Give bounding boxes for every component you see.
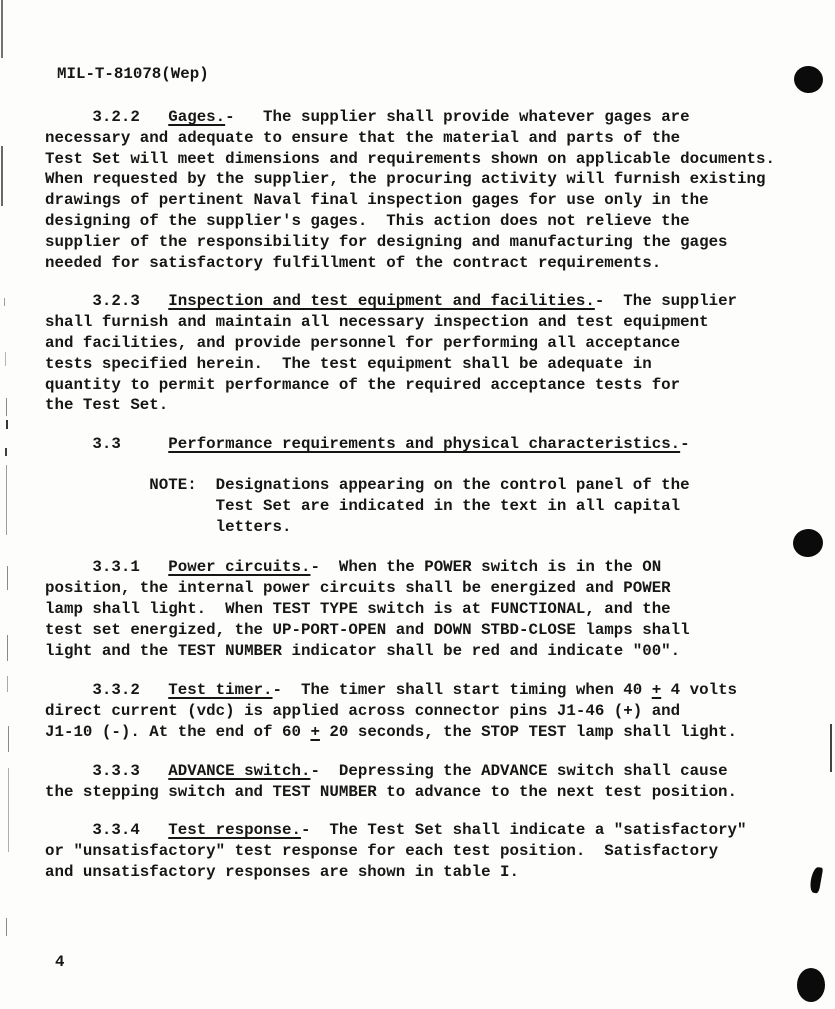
para-3-2-2: 3.2.2 Gages.- The supplier shall provide… xyxy=(45,107,815,273)
hole-punch-dot-top xyxy=(792,64,824,95)
text-line: J1-10 (-). At the end of 60 + 20 seconds… xyxy=(45,722,815,743)
note-block: NOTE: Designations appearing on the cont… xyxy=(45,475,815,537)
text-line: light and the TEST NUMBER indicator shal… xyxy=(45,641,815,662)
text-line: needed for satisfactory fulfillment of t… xyxy=(45,253,815,274)
text-line: position, the internal power circuits sh… xyxy=(45,578,815,599)
scan-artifact-line xyxy=(5,448,7,456)
scan-artifact-line xyxy=(6,420,8,429)
scan-artifact-line xyxy=(4,298,5,306)
text-line: 3.3.2 Test timer.- The timer shall start… xyxy=(45,680,815,701)
text-line: or "unsatisfactory" test response for ea… xyxy=(45,841,815,862)
scan-artifact-line xyxy=(5,352,6,366)
scan-artifact-line xyxy=(1,146,3,206)
para-3-3-3: 3.3.3 ADVANCE switch.- Depressing the AD… xyxy=(45,761,815,803)
text-line: Test Set are indicated in the text in al… xyxy=(45,496,815,517)
para-3-3-4: 3.3.4 Test response.- The Test Set shall… xyxy=(45,820,815,882)
scan-artifact-line xyxy=(6,398,7,416)
para-3-3-2: 3.3.2 Test timer.- The timer shall start… xyxy=(45,680,815,742)
scan-artifact-line xyxy=(8,726,9,752)
document-body: 3.2.2 Gages.- The supplier shall provide… xyxy=(45,104,815,883)
text-line: drawings of pertinent Naval final inspec… xyxy=(45,190,815,211)
para-3-3: 3.3 Performance requirements and physica… xyxy=(45,434,815,455)
text-line: 3.2.2 Gages.- The supplier shall provide… xyxy=(45,107,815,128)
scan-artifact-line xyxy=(7,566,8,590)
text-line: designing of the supplier's gages. This … xyxy=(45,211,815,232)
text-line: necessary and adequate to ensure that th… xyxy=(45,128,815,149)
document-id-header: MIL-T-81078(Wep) xyxy=(57,64,209,85)
scan-artifact-line xyxy=(8,768,9,852)
text-line: NOTE: Designations appearing on the cont… xyxy=(45,475,815,496)
text-line: letters. xyxy=(45,517,815,538)
text-line: and unsatisfactory responses are shown i… xyxy=(45,862,815,883)
text-line: 3.3 Performance requirements and physica… xyxy=(45,434,815,455)
text-line: test set energized, the UP-PORT-OPEN and… xyxy=(45,620,815,641)
text-line: 3.2.3 Inspection and test equipment and … xyxy=(45,291,815,312)
text-line: quantity to permit performance of the re… xyxy=(45,375,815,396)
scan-artifact-line xyxy=(7,635,8,661)
text-line: the stepping switch and TEST NUMBER to a… xyxy=(45,782,815,803)
scan-artifact-line xyxy=(1,0,3,58)
scan-artifact-line xyxy=(830,724,832,772)
text-line: lamp shall light. When TEST TYPE switch … xyxy=(45,599,815,620)
text-line: shall furnish and maintain all necessary… xyxy=(45,312,815,333)
text-line: 3.3.3 ADVANCE switch.- Depressing the AD… xyxy=(45,761,815,782)
text-line: 3.3.4 Test response.- The Test Set shall… xyxy=(45,820,815,841)
scan-artifact-line xyxy=(6,918,7,936)
document-page: MIL-T-81078(Wep) 3.2.2 Gages.- The suppl… xyxy=(0,0,835,1009)
para-3-2-3: 3.2.3 Inspection and test equipment and … xyxy=(45,291,815,416)
text-line: and facilities, and provide personnel fo… xyxy=(45,333,815,354)
text-line: supplier of the responsibility for desig… xyxy=(45,232,815,253)
text-line: direct current (vdc) is applied across c… xyxy=(45,701,815,722)
scan-artifact-line xyxy=(6,465,7,535)
text-line: When requested by the supplier, the proc… xyxy=(45,169,815,190)
text-line: 3.3.1 Power circuits.- When the POWER sw… xyxy=(45,557,815,578)
page-number: 4 xyxy=(55,952,64,973)
hole-punch-dot-bottom xyxy=(797,968,825,1002)
text-line: Test Set will meet dimensions and requir… xyxy=(45,149,815,170)
text-line: the Test Set. xyxy=(45,395,815,416)
para-3-3-1: 3.3.1 Power circuits.- When the POWER sw… xyxy=(45,557,815,661)
scan-artifact-line xyxy=(7,676,8,692)
text-line: tests specified herein. The test equipme… xyxy=(45,354,815,375)
